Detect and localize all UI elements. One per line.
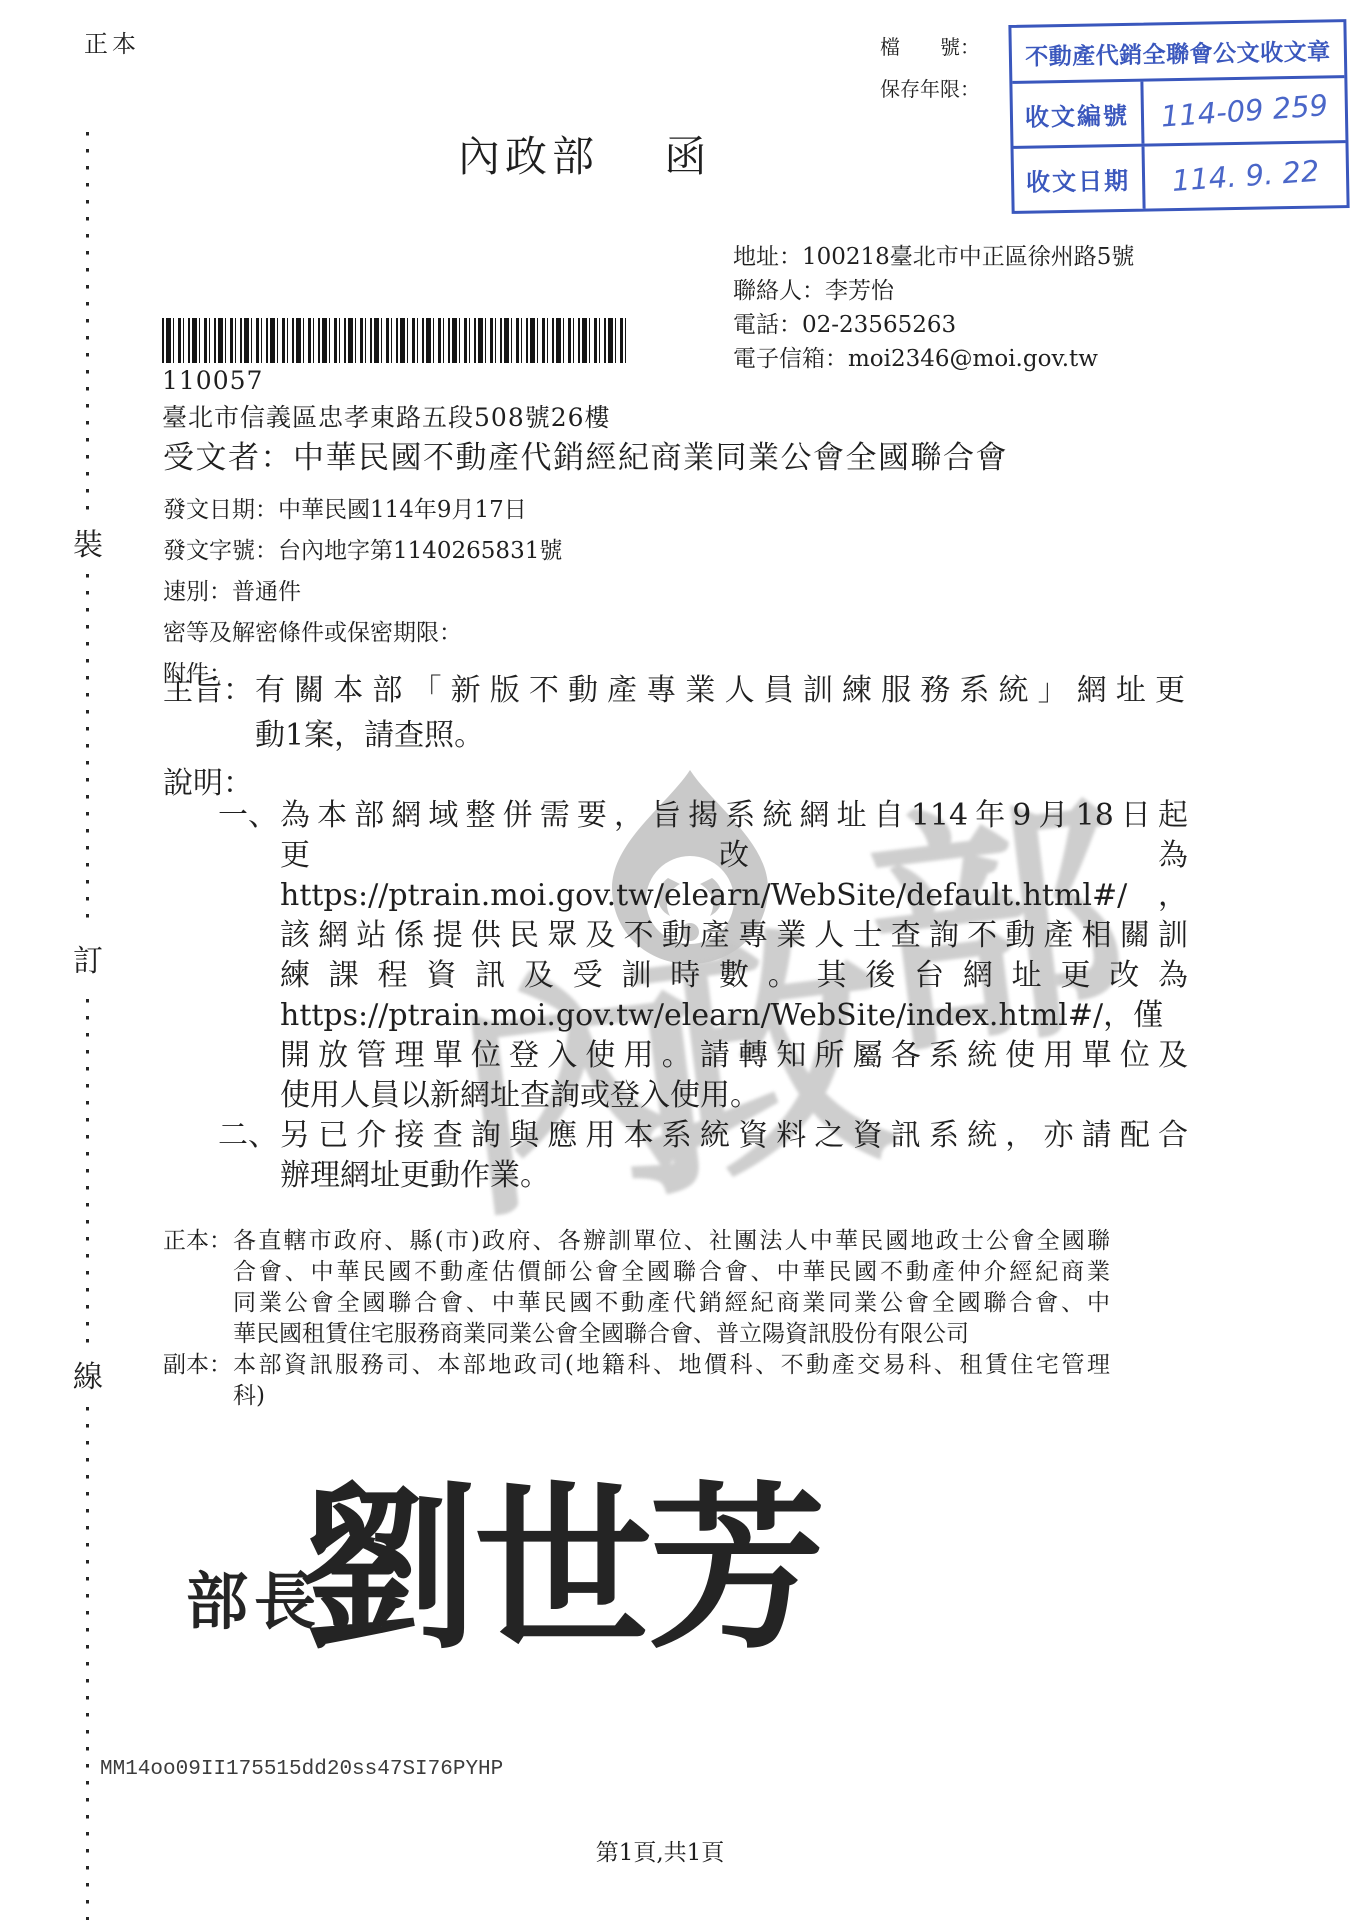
receipt-date-row: 收文日期 114. 9. 22 [1013, 140, 1346, 211]
item-lines: 為本部網域整併需要，旨揭系統網址自114年9月18日起 更改為 https://… [280, 796, 1188, 1116]
speed-line: 速別：普通件 [163, 572, 562, 613]
item-lines: 另已介接查詢與應用本系統資料之資訊系統，亦請配合 辦理網址更動作業。 [280, 1116, 1188, 1196]
mailing-street: 臺北市信義區忠孝東路五段508號26樓 [162, 398, 611, 434]
receipt-no-value: 114-09 259 [1142, 73, 1347, 149]
document-code: MM14oo09II175515dd20ss47SI76PYHP [100, 1758, 503, 1781]
doc-number-line: 發文字號：台內地字第1140265831號 [163, 531, 562, 572]
explanation-item-1: 一、 為本部網域整併需要，旨揭系統網址自114年9月18日起 更改為 https… [218, 796, 1188, 1116]
subject-block: 主旨： 有關本部「新版不動產專業人員訓練服務系統」網址更 動1案，請查照。 [163, 668, 1185, 758]
cc-copy-lines: 本部資訊服務司、本部地政司(地籍科、地價科、不動產交易科、租賃住宅管理 科) [233, 1350, 1110, 1412]
receipt-stamp: 不動產代銷全聯會公文收文章 收文編號 114-09 259 收文日期 114. … [1008, 19, 1349, 214]
original-copy-row: 正本： 各直轄市政府、縣(市)政府、各辦訓單位、社團法人中華民國地政士公會全國聯… [163, 1226, 1110, 1350]
subject-line: 動1案，請查照。 [255, 713, 1185, 758]
copy-type-label: 正本 [84, 24, 140, 59]
binding-mark-xian: 線 [70, 1344, 106, 1404]
sender-address: 地址：100218臺北市中正區徐州路5號 [733, 240, 1134, 274]
binding-mark-zhuang: 裝 [70, 512, 106, 572]
document-title: 內政部 函 [458, 124, 711, 184]
sender-contact-block: 地址：100218臺北市中正區徐州路5號 聯絡人：李芳怡 電話：02-23565… [733, 240, 1134, 376]
subject-label: 主旨： [163, 668, 255, 758]
receipt-date-value: 114. 9. 22 [1143, 138, 1348, 214]
text-line: 為本部網域整併需要，旨揭系統網址自114年9月18日起 [280, 796, 1188, 836]
text-line: 辦理網址更動作業。 [280, 1156, 1188, 1196]
minister-signature: 劉世芳 [300, 1462, 822, 1676]
url-line: https://ptrain.moi.gov.tw/elearn/WebSite… [280, 996, 1188, 1036]
url-line: https://ptrain.moi.gov.tw/elearn/WebSite… [280, 876, 1188, 916]
text-line: 各直轄市政府、縣(市)政府、各辦訓單位、社團法人中華民國地政士公會全國聯 [233, 1226, 1110, 1257]
text-line: 另已介接查詢與應用本系統資料之資訊系統，亦請配合 [280, 1116, 1188, 1156]
cc-copy-row: 副本： 本部資訊服務司、本部地政司(地籍科、地價科、不動產交易科、租賃住宅管理 … [163, 1350, 1110, 1412]
retention-label: 保存年限： [880, 68, 980, 110]
explanation-items: 一、 為本部網域整併需要，旨揭系統網址自114年9月18日起 更改為 https… [218, 796, 1188, 1196]
item-number: 二、 [218, 1116, 280, 1196]
sender-email: 電子信箱：moi2346@moi.gov.tw [733, 342, 1134, 376]
archive-labels: 檔 號： 保存年限： [880, 26, 980, 110]
receipt-no-row: 收文編號 114-09 259 [1012, 78, 1345, 146]
text-line: 練課程資訊及受訓時數。其後台網址更改為 [280, 956, 1188, 996]
issue-date-line: 發文日期：中華民國114年9月17日 [163, 490, 562, 531]
recipient-line: 受文者：中華民國不動產代銷經紀商業同業公會全國聯合會 [163, 432, 1008, 477]
file-no-label: 檔 號： [880, 26, 980, 68]
text-line: 使用人員以新網址查詢或登入使用。 [280, 1076, 1188, 1116]
barcode-number: 110057 [162, 366, 263, 395]
item-number: 一、 [218, 796, 280, 1116]
text-line: 本部資訊服務司、本部地政司(地籍科、地價科、不動產交易科、租賃住宅管理 [233, 1350, 1110, 1381]
official-letter-page: 內 政 部 裝 訂 線 正本 檔 號： 保存年限： 不動產代銷全聯會公文收文章 … [0, 0, 1357, 1920]
text-line: 更改為 [280, 836, 1188, 876]
receipt-stamp-header: 不動產代銷全聯會公文收文章 [1011, 22, 1344, 84]
text-line: 該網站係提供民眾及不動產專業人士查詢不動產相關訓 [280, 916, 1188, 956]
receipt-date-label: 收文日期 [1014, 147, 1146, 211]
original-copy-label: 正本： [163, 1226, 233, 1350]
binding-dotted-line [86, 132, 89, 1920]
text-line: 合會、中華民國不動產估價師公會全國聯合會、中華民國不動產仲介經紀商業 [233, 1257, 1110, 1288]
security-line: 密等及解密條件或保密期限： [163, 613, 562, 654]
sender-phone: 電話：02-23565263 [733, 308, 1134, 342]
barcode-image [162, 318, 630, 363]
text-line: 同業公會全國聯合會、中華民國不動產代銷經紀商業同業公會全國聯合會、中 [233, 1288, 1110, 1319]
text-line: 科) [233, 1381, 1110, 1412]
subject-line: 有關本部「新版不動產專業人員訓練服務系統」網址更 [255, 668, 1185, 713]
text-line: 開放管理單位登入使用。請轉知所屬各系統使用單位及 [280, 1036, 1188, 1076]
subject-body: 有關本部「新版不動產專業人員訓練服務系統」網址更 動1案，請查照。 [255, 668, 1185, 758]
receipt-no-label: 收文編號 [1012, 82, 1144, 146]
distribution-block: 正本： 各直轄市政府、縣(市)政府、各辦訓單位、社團法人中華民國地政士公會全國聯… [163, 1226, 1110, 1412]
page-number: 第1頁,共1頁 [500, 1834, 820, 1867]
sender-contact-person: 聯絡人：李芳怡 [733, 274, 1134, 308]
text-line: 華民國租賃住宅服務商業同業公會全國聯合會、普立陽資訊股份有限公司 [233, 1319, 1110, 1350]
binding-mark-ding: 訂 [70, 928, 106, 988]
cc-copy-label: 副本： [163, 1350, 233, 1412]
original-copy-lines: 各直轄市政府、縣(市)政府、各辦訓單位、社團法人中華民國地政士公會全國聯 合會、… [233, 1226, 1110, 1350]
explanation-item-2: 二、 另已介接查詢與應用本系統資料之資訊系統，亦請配合 辦理網址更動作業。 [218, 1116, 1188, 1196]
meta-block: 發文日期：中華民國114年9月17日 發文字號：台內地字第1140265831號… [163, 490, 562, 695]
